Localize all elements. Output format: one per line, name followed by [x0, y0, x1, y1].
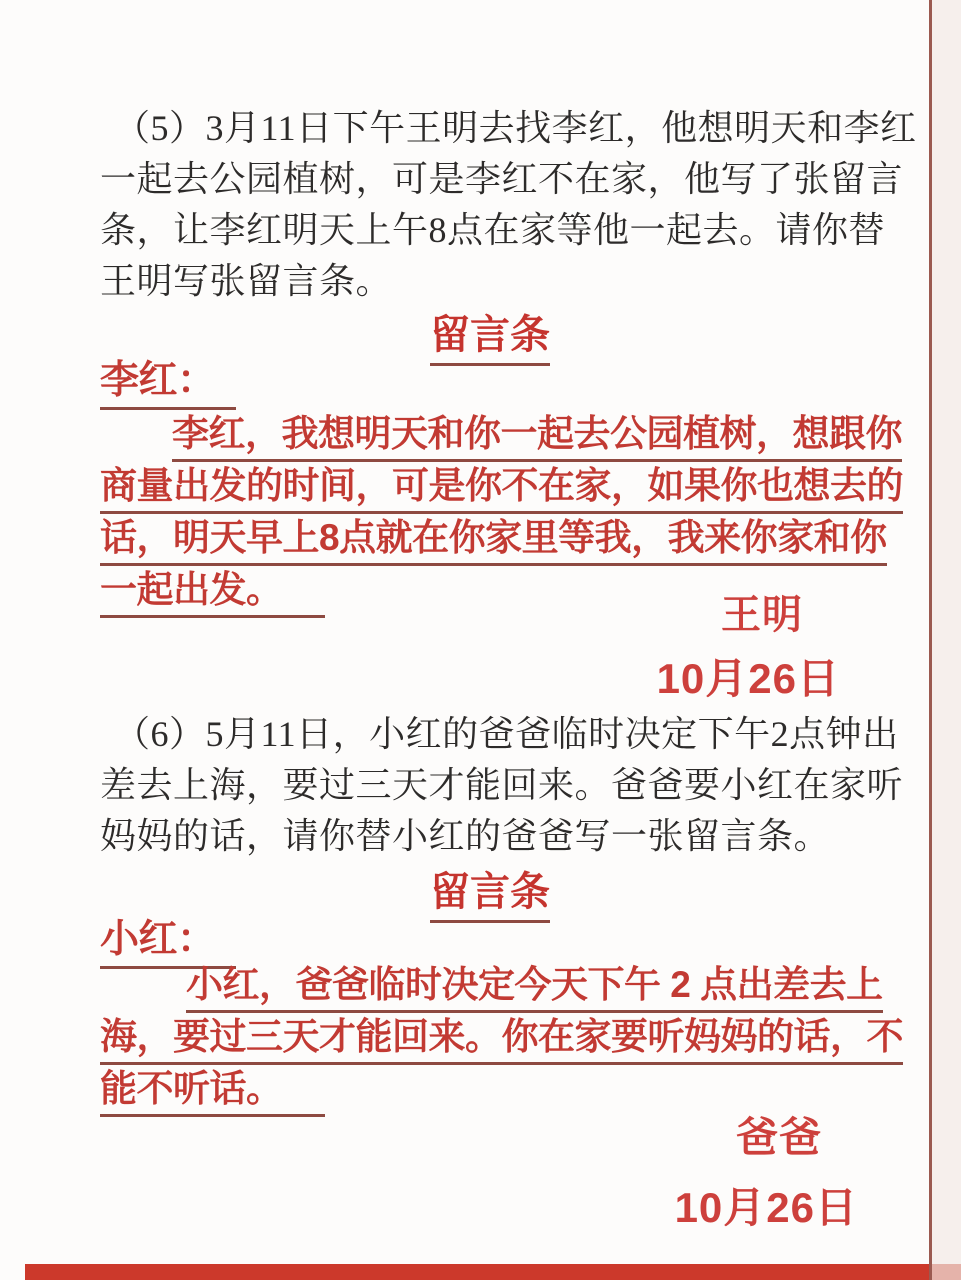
problem5-line-1: （5）3月11日下午王明去找李红，他想明天和李红 — [114, 106, 917, 151]
note2-body-line-3: 能不听话。 — [100, 1068, 325, 1117]
note2-title-text: 留言条 — [430, 860, 550, 923]
note1-body-line-1: 李红，我想明天和你一起去公园植树，想跟你 — [172, 413, 902, 462]
bottom-red-band-corner — [932, 1264, 961, 1280]
problem5-line-4: 王明写张留言条。 — [100, 259, 392, 304]
note1-title-text: 留言条 — [430, 303, 550, 366]
problem6-line-3: 妈妈的话，请你替小红的爸爸写一张留言条。 — [100, 814, 830, 859]
right-margin-strip — [932, 0, 961, 1280]
note2-date: 10月26日 — [675, 1175, 858, 1235]
note2-title: 留言条 — [100, 860, 880, 923]
note2-body-line-2: 海，要过三天才能回来。你在家要听妈妈的话，不 — [100, 1016, 903, 1065]
problem6-line-2: 差去上海，要过三天才能回来。爸爸要小红在家听 — [100, 763, 903, 808]
worksheet-page: （5）3月11日下午王明去找李红，他想明天和李红 一起去公园植树，可是李红不在家… — [0, 0, 961, 1280]
note2-salutation: 小红： — [100, 918, 236, 969]
note1-body-line-3: 话，明天早上8点就在你家里等我，我来你家和你 — [100, 517, 887, 566]
note1-body-line-2: 商量出发的时间，可是你不在家，如果你也想去的 — [100, 465, 903, 514]
bottom-red-band — [25, 1264, 929, 1280]
note1-body-line-4: 一起出发。 — [100, 569, 325, 618]
problem6-line-1: （6）5月11日，小红的爸爸临时决定下午2点钟出 — [114, 712, 899, 757]
note1-signature: 王明 — [721, 583, 803, 640]
problem5-line-2: 一起去公园植树，可是李红不在家，他写了张留言 — [100, 157, 903, 202]
note1-title: 留言条 — [100, 303, 880, 366]
right-border-rule — [929, 0, 932, 1280]
note1-salutation: 李红： — [100, 359, 236, 410]
problem5-line-3: 条，让李红明天上午8点在家等他一起去。请你替 — [100, 208, 885, 253]
note2-body-line-1: 小红，爸爸临时决定今天下午 2 点出差去上 — [186, 964, 883, 1013]
note1-date: 10月26日 — [657, 646, 840, 706]
note2-signature: 爸爸 — [736, 1105, 822, 1165]
